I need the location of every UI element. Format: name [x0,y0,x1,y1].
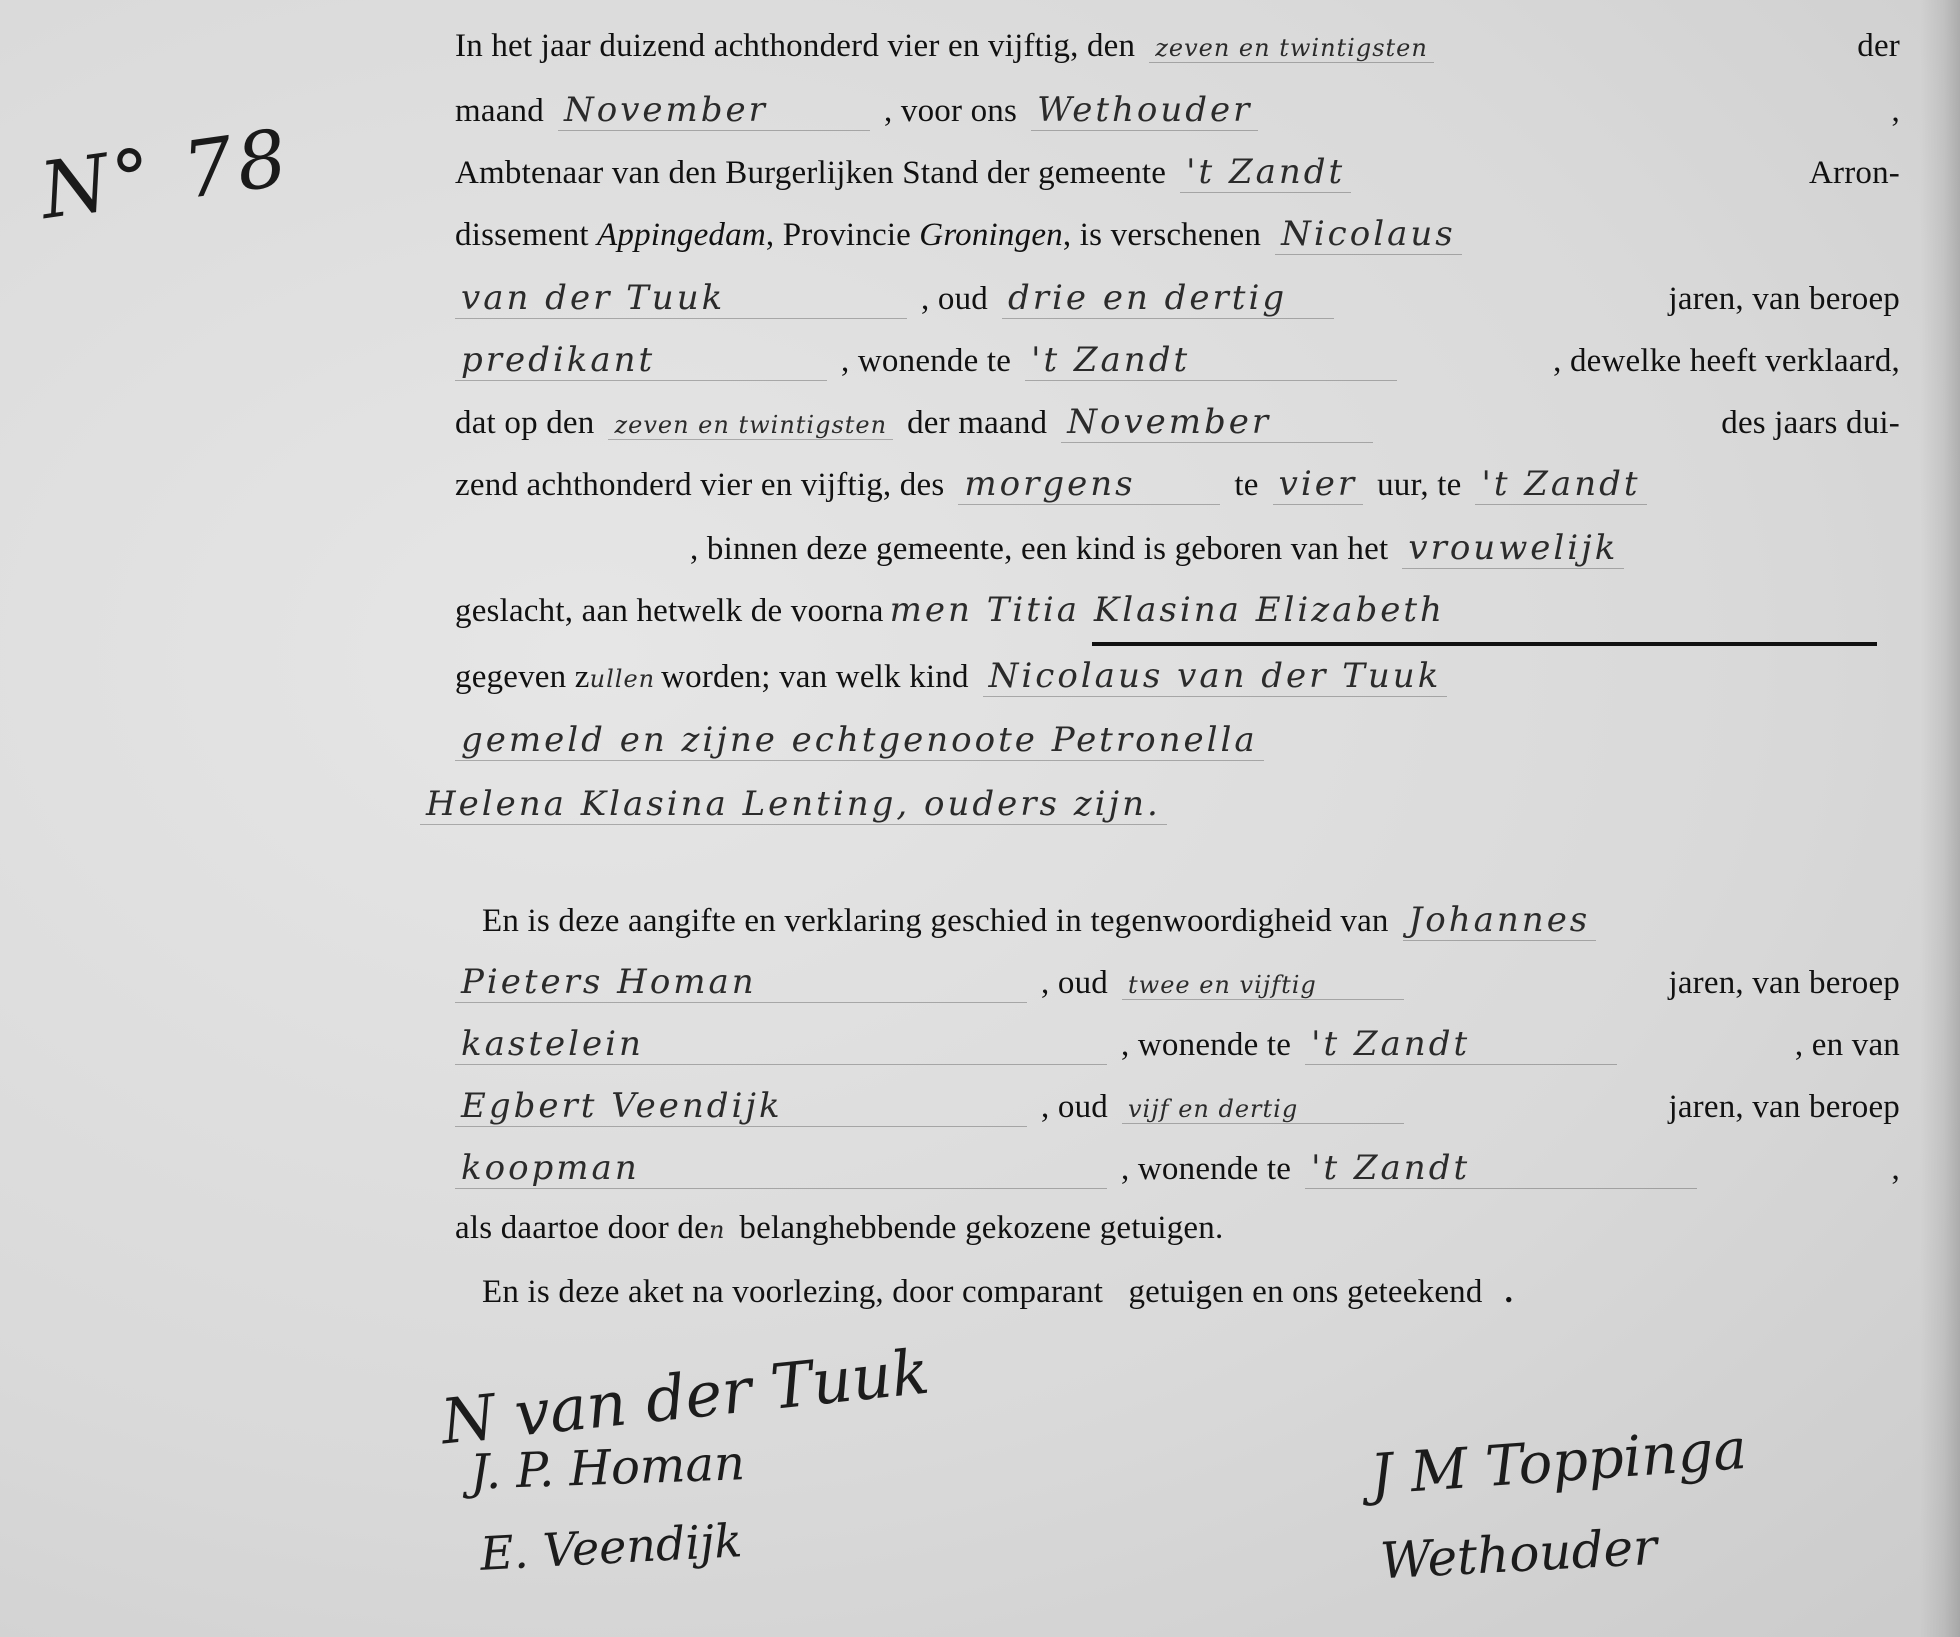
handwritten-parents-text: gemeld en zijne echtgenoote Petronella [455,720,1264,761]
printed-text: . [1505,1274,1513,1311]
printed-text: der maand [907,405,1047,442]
handwritten-witness-1-residence: 't Zandt [1305,1024,1617,1065]
line-5: van der Tuuk , oud drie en dertig jaren,… [455,278,1900,338]
printed-province: Groningen [919,217,1063,253]
handwritten-witness-1-age: twee en vijftig [1122,971,1404,1000]
handwritten-witness-2-occupation: koopman [455,1148,1107,1189]
printed-text: , oud [1041,965,1108,1002]
printed-text: belanghebbende gekozene getuigen. [739,1210,1223,1247]
record-number: N° 78 [35,113,296,237]
line-15: Pieters Homan , oud twee en vijftig jare… [455,962,1900,1022]
handwritten-mother-name: Helena Klasina Lenting, ouders zijn. [420,784,1167,825]
printed-text: , en van [1795,1027,1900,1064]
printed-text: uur, te [1377,467,1461,504]
handwritten-correction: n [709,1216,725,1244]
printed-text: geslacht, aan hetwelk de voorna [455,593,884,630]
printed-arrondissement: Appingedam [597,217,766,253]
line-3: Ambtenaar van den Burgerlijken Stand der… [455,152,1900,212]
line-19: als daartoe door de n belanghebbende gek… [455,1210,1900,1270]
handwritten-hour: vier [1273,464,1363,505]
printed-text: dat op den [455,405,594,442]
printed-text: , voor ons [884,93,1017,130]
printed-text: worden; van welk kind [661,659,969,696]
handwritten-declarant-age: drie en dertig [1002,278,1334,319]
line-11: gegeven z ullen worden; van welk kind Ni… [455,656,1900,716]
handwritten-declarant-first-name: Nicolaus [1275,214,1462,255]
line-7: dat op den zeven en twintigsten der maan… [455,402,1900,462]
handwritten-father-name: Nicolaus van der Tuuk [983,656,1448,697]
printed-text: Arron- [1809,155,1900,192]
line-16: kastelein , wonende te 't Zandt , en van [455,1024,1900,1084]
handwritten-declarant-occupation: predikant [455,340,827,381]
printed-text: , wonende te [1121,1027,1291,1064]
handwritten-birth-place: 't Zandt [1475,464,1646,505]
printed-text: jaren, van beroep [1668,281,1900,318]
printed-text: In het jaar duizend achthonderd vier en … [455,28,1135,65]
line-8: zend achthonderd vier en vijftig, des mo… [455,464,1900,524]
printed-text: , Provincie [766,217,911,254]
printed-text: , wonende te [1121,1151,1291,1188]
handwritten-witness-2-name: Egbert Veendijk [455,1086,1027,1127]
line-13: Helena Klasina Lenting, ouders zijn. [420,784,1865,844]
handwritten-witness-2-age: vijf en dertig [1122,1095,1404,1124]
printed-text: , oud [921,281,988,318]
handwritten-time-of-day: morgens [958,464,1220,505]
printed-text: , oud [1041,1089,1108,1126]
printed-text: als daartoe door de [455,1210,709,1247]
printed-text: En is deze aangifte en verklaring geschi… [482,903,1389,940]
printed-text: , binnen deze gemeente, een kind is gebo… [690,531,1388,568]
handwritten-sex: vrouwelijk [1402,528,1624,569]
printed-text: En is deze aket na voorlezing, door comp… [482,1274,1483,1311]
line-4: dissement Appingedam , Provincie Groning… [455,214,1900,274]
printed-text: des jaars dui- [1721,405,1900,442]
printed-text: jaren, van beroep [1668,1089,1900,1126]
handwritten-correction: ullen [590,665,655,693]
handwritten-witness-2-residence: 't Zandt [1305,1148,1697,1189]
line-1: In het jaar duizend achthonderd vier en … [455,28,1900,88]
handwritten-witness-1-occupation: kastelein [455,1024,1107,1065]
printed-text: zend achthonderd vier en vijftig, des [455,467,944,504]
printed-text: maand [455,93,544,130]
handwritten-birth-day: zeven en twintigsten [608,411,893,440]
printed-text: dissement [455,217,589,254]
printed-text: , dewelke heeft verklaard, [1553,343,1900,380]
signature-official-title: Wethouder [1379,1518,1659,1590]
page-edge-shadow [1920,0,1960,1637]
handwritten-municipality: 't Zandt [1180,152,1351,193]
handwritten-birth-month: November [1061,402,1373,443]
signature-official: J M Toppinga [1368,1417,1749,1508]
printed-text: , is verschenen [1063,217,1261,254]
printed-text: , wonende te [841,343,1011,380]
printed-text: jaren, van beroep [1668,965,1900,1002]
line-12: gemeld en zijne echtgenoote Petronella [455,720,1900,780]
printed-text: Ambtenaar van den Burgerlijken Stand der… [455,155,1166,192]
printed-text: gegeven z [455,659,590,696]
printed-text: te [1234,467,1258,504]
line-20: En is deze aket na voorlezing, door comp… [482,1274,1732,1334]
handwritten-month: November [558,90,870,131]
signature-witness-2: E. Veendijk [479,1513,744,1581]
line-18: koopman , wonende te 't Zandt , [455,1148,1900,1208]
handwritten-day: zeven en twintigsten [1149,34,1434,63]
handwritten-witness-1-first-name: Johannes [1403,900,1597,941]
handwritten-witness-1-surname: Pieters Homan [455,962,1027,1003]
printed-text: der [1857,28,1900,65]
handwritten-residence: 't Zandt [1025,340,1397,381]
printed-text: , [1892,93,1900,130]
line-9: , binnen deze gemeente, een kind is gebo… [690,528,1900,588]
printed-text: , [1892,1151,1900,1188]
handwritten-declarant-surname: van der Tuuk [455,278,907,319]
line-10: geslacht, aan hetwelk de voorna men Titi… [455,590,1900,650]
underline-rule [1092,642,1877,646]
signature-witness-1: J. P. Homan [469,1435,746,1501]
handwritten-child-names: men Titia Klasina Elizabeth [884,590,1451,630]
line-14: En is deze aangifte en verklaring geschi… [482,900,1900,960]
scanned-page: N° 78 In het jaar duizend achthonderd vi… [0,0,1960,1637]
line-17: Egbert Veendijk , oud vijf en dertig jar… [455,1086,1900,1146]
line-6: predikant , wonende te 't Zandt , dewelk… [455,340,1900,400]
handwritten-official-title: Wethouder [1031,90,1258,131]
line-2: maand November , voor ons Wethouder , [455,90,1900,150]
